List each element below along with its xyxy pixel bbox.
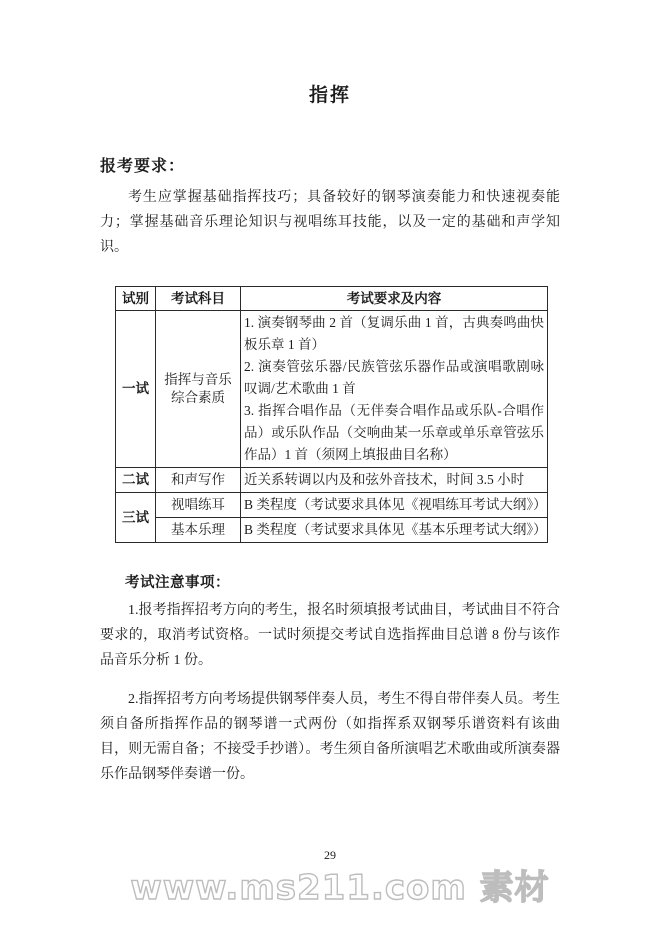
round1-subject: 指挥与音乐综合素质	[156, 311, 241, 468]
notes-heading: 考试注意事项：	[125, 571, 560, 592]
document-page: 指挥 报考要求： 考生应掌握基础指挥技巧；具备较好的钢琴演奏能力和快速视奏能力；…	[0, 0, 660, 787]
requirements-body: 考生应掌握基础指挥技巧；具备较好的钢琴演奏能力和快速视奏能力；掌握基础音乐理论知…	[100, 185, 560, 260]
round1-label: 一试	[116, 311, 156, 468]
page-number: 29	[0, 848, 660, 863]
exam-table: 试别 考试科目 考试要求及内容 一试 指挥与音乐综合素质 1. 演奏钢琴曲 2 …	[115, 286, 548, 543]
round3-subject-sightsinging: 视唱练耳	[156, 493, 241, 518]
round3-requirements-sightsinging: B 类程度（考试要求具体见《视唱练耳考试大纲》）	[241, 493, 548, 518]
column-header-round: 试别	[116, 287, 156, 311]
exam-table-header-row: 试别 考试科目 考试要求及内容	[116, 287, 548, 311]
table-row-round3a: 三试 视唱练耳 B 类程度（考试要求具体见《视唱练耳考试大纲》）	[116, 493, 548, 518]
round2-subject: 和声写作	[156, 468, 241, 493]
note-item-1: 1.报考指挥招考方向的考生，报名时须填报考试曲目，考试曲目不符合要求的，取消考试…	[100, 598, 560, 673]
page-title: 指挥	[100, 80, 560, 107]
column-header-subject: 考试科目	[156, 287, 241, 311]
round2-label: 二试	[116, 468, 156, 493]
table-row-round3b: 基本乐理 B 类程度（考试要求具体见《基本乐理考试大纲》）	[116, 518, 548, 543]
round3-requirements-theory: B 类程度（考试要求具体见《基本乐理考试大纲》）	[241, 518, 548, 543]
requirements-heading: 报考要求：	[100, 153, 560, 176]
column-header-requirements: 考试要求及内容	[241, 287, 548, 311]
table-row-round1: 一试 指挥与音乐综合素质 1. 演奏钢琴曲 2 首（复调乐曲 1 首，古典奏鸣曲…	[116, 311, 548, 468]
round1-item-1: 1. 演奏钢琴曲 2 首（复调乐曲 1 首，古典奏鸣曲快板乐章 1 首）	[244, 312, 544, 356]
watermark-text: www.ms211.com 素材	[130, 860, 549, 909]
round3-label: 三试	[116, 493, 156, 543]
note-item-2: 2.指挥招考方向考场提供钢琴伴奏人员，考生不得自带伴奏人员。考生须自备所指挥作品…	[100, 687, 560, 787]
round2-requirements: 近关系转调以内及和弦外音技术，时间 3.5 小时	[241, 468, 548, 493]
table-row-round2: 二试 和声写作 近关系转调以内及和弦外音技术，时间 3.5 小时	[116, 468, 548, 493]
round1-requirements: 1. 演奏钢琴曲 2 首（复调乐曲 1 首，古典奏鸣曲快板乐章 1 首） 2. …	[241, 311, 548, 468]
round1-item-3: 3. 指挥合唱作品（无伴奏合唱作品或乐队-合唱作品）或乐队作品（交响曲某一乐章或…	[244, 400, 544, 466]
round3-subject-theory: 基本乐理	[156, 518, 241, 543]
round1-item-2: 2. 演奏管弦乐器/民族管弦乐器作品或演唱歌剧咏叹调/艺术歌曲 1 首	[244, 356, 544, 400]
